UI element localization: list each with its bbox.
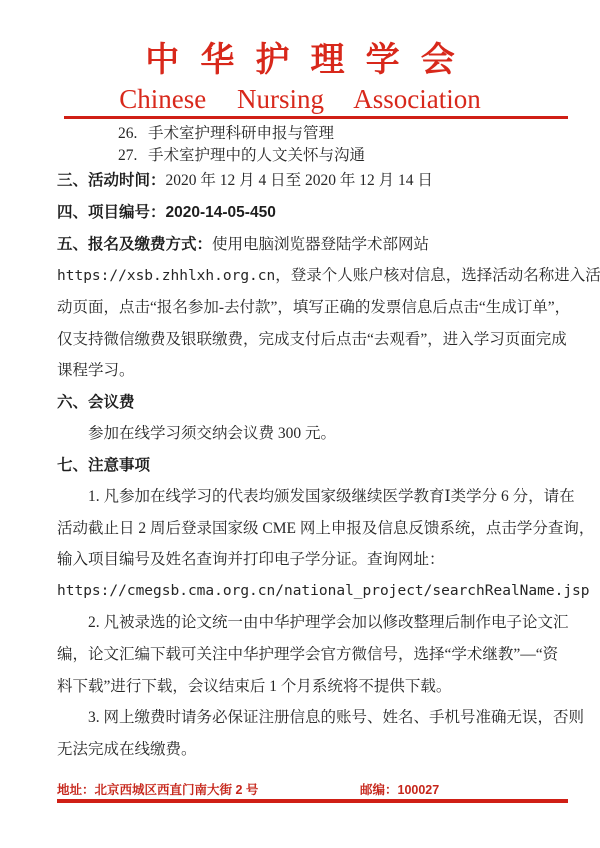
registration-line4: 仅支持微信缴费及银联缴费，完成支付后点击“去观看”，进入学习页面完成 bbox=[57, 330, 567, 350]
section-project-number-label: 四、项目编号： bbox=[57, 204, 166, 221]
note1-line3: 输入项目编号及姓名查询并打印电子学分证。查询网址： bbox=[57, 550, 445, 570]
section-registration-heading: 五、报名及缴费方式：使用电脑浏览器登陆学术部网站 bbox=[57, 235, 429, 255]
course-number: 26. bbox=[118, 124, 148, 144]
registration-portal-url: https://xsb.zhhlxh.org.cn bbox=[57, 268, 275, 284]
conference-fee-body: 参加在线学习须交纳会议费 300 元。 bbox=[88, 424, 336, 444]
note1-line1: 1. 凡参加在线学习的代表均颁发国家级继续医学教育Ⅰ类学分 6 分，请在 bbox=[88, 487, 575, 507]
note3-line1: 3. 网上缴费时请务必保证注册信息的账号、姓名、手机号准确无误，否则 bbox=[88, 708, 584, 728]
registration-line3: 动页面，点击“报名参加-去付款”，填写正确的发票信息后点击“生成订单”， bbox=[57, 298, 570, 318]
section-project-number: 四、项目编号：2020-14-05-450 bbox=[57, 203, 276, 223]
section-conference-fee-label: 六、会议费 bbox=[57, 393, 135, 413]
course-title: 手术室护理科研申报与管理 bbox=[148, 125, 334, 142]
course-title: 手术室护理中的人文关怀与沟通 bbox=[148, 147, 365, 164]
section-registration-intro: 使用电脑浏览器登陆学术部网站 bbox=[212, 236, 429, 253]
section-project-number-value: 2020-14-05-450 bbox=[166, 204, 276, 221]
note2-line1: 2. 凡被录选的论文统一由中华护理学会加以修改整理后制作电子论文汇 bbox=[88, 613, 569, 633]
note2-line3: 料下载”进行下载，会议结束后 1 个月系统将不提供下载。 bbox=[57, 677, 451, 697]
org-name-english: Chinese Nursing Association bbox=[0, 84, 600, 114]
course-item-27: 27.手术室护理中的人文关怀与沟通 bbox=[118, 146, 365, 166]
section-activity-time-label: 三、活动时间： bbox=[57, 172, 166, 189]
note1-line2: 活动截止日 2 周后登录国家级 CME 网上申报及信息反馈系统，点击学分查询， bbox=[57, 519, 594, 539]
footer-rule bbox=[57, 799, 568, 803]
footer-postcode: 邮编：100027 bbox=[360, 783, 439, 798]
course-item-26: 26.手术室护理科研申报与管理 bbox=[118, 124, 334, 144]
course-number: 27. bbox=[118, 146, 148, 166]
document-page: 中华护理学会 Chinese Nursing Association 26.手术… bbox=[0, 0, 600, 848]
registration-line2-rest: ，登录个人账户核对信息，选择活动名称进入活 bbox=[275, 267, 600, 284]
section-activity-time: 三、活动时间：2020 年 12 月 4 日至 2020 年 12 月 14 日 bbox=[57, 171, 433, 191]
credit-query-url: https://cmegsb.cma.org.cn/national_proje… bbox=[57, 581, 590, 601]
registration-line5: 课程学习。 bbox=[57, 361, 135, 381]
note2-line2: 编，论文汇编下载可关注中华护理学会官方微信号，选择“学术继教”—“资 bbox=[57, 645, 558, 665]
section-notes-label: 七、注意事项 bbox=[57, 456, 150, 476]
section-activity-time-value: 2020 年 12 月 4 日至 2020 年 12 月 14 日 bbox=[166, 172, 433, 189]
footer-address: 地址：北京西城区西直门南大街 2 号 bbox=[57, 783, 258, 798]
section-registration-label: 五、报名及缴费方式： bbox=[57, 236, 212, 253]
note3-line2: 无法完成在线缴费。 bbox=[57, 740, 197, 760]
letterhead-rule bbox=[64, 116, 568, 119]
org-name-chinese: 中华护理学会 bbox=[0, 40, 600, 80]
registration-line-url: https://xsb.zhhlxh.org.cn，登录个人账户核对信息，选择活… bbox=[57, 266, 600, 286]
